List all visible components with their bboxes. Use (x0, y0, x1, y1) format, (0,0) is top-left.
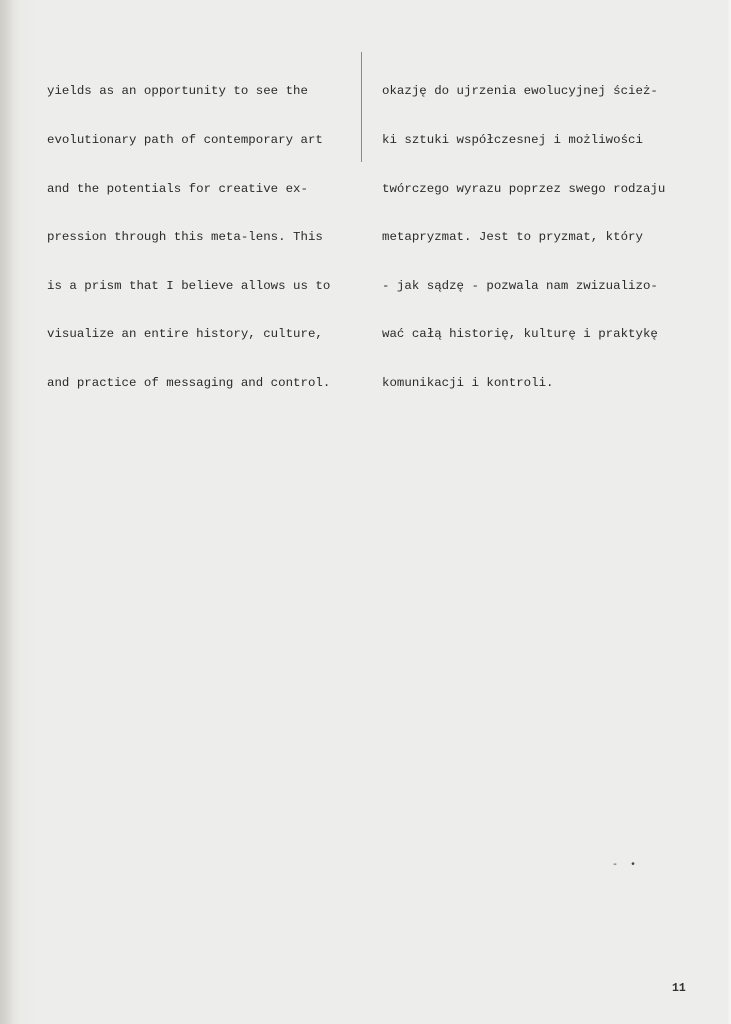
dot-mark: • (630, 860, 636, 871)
text-line: and the potentials for creative ex- (47, 181, 330, 197)
english-text-column: yields as an opportunity to see the evol… (47, 51, 330, 424)
text-line: twórczego wyrazu poprzez swego rodzaju (382, 181, 665, 197)
column-divider (361, 52, 362, 162)
text-line: visualize an entire history, culture, (47, 326, 330, 342)
text-line: evolutionary path of contemporary art (47, 132, 330, 148)
text-line: ki sztuki współczesnej i możliwości (382, 132, 665, 148)
text-line: yields as an opportunity to see the (47, 83, 330, 99)
dash-mark: - (612, 860, 618, 871)
binding-shadow (0, 0, 14, 1024)
page-number: 11 (672, 982, 686, 995)
page-edge (727, 0, 731, 1024)
text-line: komunikacji i kontroli. (382, 375, 665, 391)
text-line: wać całą historię, kulturę i praktykę (382, 326, 665, 342)
book-page: yields as an opportunity to see the evol… (0, 0, 731, 1024)
polish-text-column: okazję do ujrzenia ewolucyjnej ścież- ki… (382, 51, 665, 424)
stray-print-marks: -• (612, 860, 648, 871)
text-line: and practice of messaging and control. (47, 375, 330, 391)
text-line: is a prism that I believe allows us to (47, 278, 330, 294)
text-line: pression through this meta-lens. This (47, 229, 330, 245)
text-line: okazję do ujrzenia ewolucyjnej ścież- (382, 83, 665, 99)
text-line: metapryzmat. Jest to pryzmat, który (382, 229, 665, 245)
text-line: - jak sądzę - pozwala nam zwizualizo- (382, 278, 665, 294)
